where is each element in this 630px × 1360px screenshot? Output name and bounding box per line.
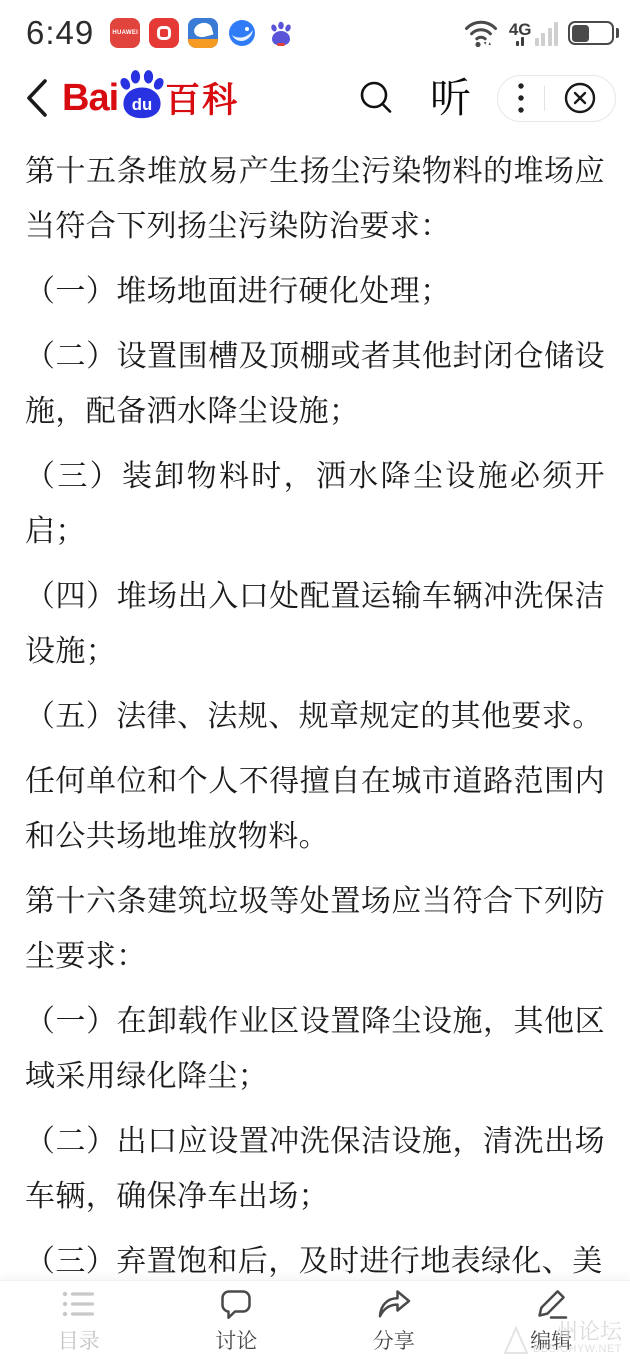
nav-label: 编辑	[530, 1325, 572, 1355]
article-body: 第十五条堆放易产生扬尘污染物料的堆场应当符合下列扬尘污染防治要求： （一）堆场地…	[0, 136, 630, 1289]
search-button[interactable]	[356, 78, 396, 118]
baidu-baike-logo[interactable]: Bai du 百科	[62, 68, 239, 128]
wifi-icon	[463, 17, 499, 49]
battery-icon	[568, 21, 614, 45]
paragraph: （一）堆场地面进行硬化处理；	[25, 264, 605, 319]
baidu-paw-app-icon	[266, 18, 296, 48]
search-icon	[357, 79, 395, 117]
back-chevron-icon	[24, 76, 50, 120]
huawei-label: HUAWEI	[112, 30, 138, 36]
kebab-menu-icon	[516, 81, 526, 115]
nav-item-edit[interactable]: 编辑	[473, 1281, 630, 1360]
paragraph: （一）在卸载作业区设置降尘设施，其他区域采用绿化降尘；	[25, 994, 605, 1104]
paragraph: （四）堆场出入口处配置运输车辆冲洗保洁设施；	[25, 569, 605, 679]
logo-baike-text: 百科	[165, 73, 239, 123]
bottom-nav-bar: 目录 讨论 分享 编辑	[0, 1280, 630, 1360]
toc-icon	[61, 1286, 97, 1322]
clock-time: 6:49	[26, 14, 94, 52]
nav-item-toc[interactable]: 目录	[0, 1281, 158, 1360]
status-indicators: 4G	[463, 17, 614, 49]
pill-divider	[544, 86, 546, 111]
paragraph: 任何单位和个人不得擅自在城市道路范围内和公共场地堆放物料。	[25, 754, 605, 864]
video-app-icon	[149, 18, 179, 48]
comment-icon	[218, 1286, 254, 1322]
listen-button[interactable]: 听	[430, 78, 471, 119]
share-icon	[376, 1286, 412, 1322]
nav-label: 分享	[373, 1325, 415, 1355]
notification-icons: HUAWEI	[110, 18, 296, 48]
network-type-label: 4G	[509, 22, 532, 37]
paragraph: （五）法律、法规、规章规定的其他要求。	[25, 689, 605, 744]
paragraph: （二）设置围槽及顶棚或者其他封闭仓储设施，配备洒水降尘设施；	[25, 329, 605, 439]
close-circle-icon	[563, 81, 597, 115]
edit-pencil-icon	[533, 1286, 569, 1322]
paragraph: 第十六条建筑垃圾等处置场应当符合下列防尘要求：	[25, 874, 605, 984]
browser-app-icon	[227, 18, 257, 48]
nav-label: 讨论	[215, 1325, 257, 1355]
paragraph: （二）出口应设置冲洗保洁设施，清洗出场车辆，确保净车出场；	[25, 1114, 605, 1224]
paragraph: 第十五条堆放易产生扬尘污染物料的堆场应当符合下列扬尘污染防治要求：	[25, 144, 605, 254]
logo-du-text: du	[132, 95, 152, 114]
kebab-menu-button[interactable]	[516, 81, 526, 115]
signal-bars-icon: 4G	[509, 20, 558, 46]
huawei-app-icon: HUAWEI	[110, 18, 140, 48]
status-bar: 6:49 HUAWEI	[0, 0, 630, 60]
nav-item-share[interactable]: 分享	[315, 1281, 473, 1360]
logo-bai-text: Bai	[62, 77, 118, 120]
nav-item-discuss[interactable]: 讨论	[158, 1281, 316, 1360]
nav-label: 目录	[58, 1325, 100, 1355]
app-header: Bai du 百科 听	[0, 60, 630, 136]
close-button[interactable]	[563, 81, 597, 115]
header-menu-capsule	[497, 75, 616, 122]
paragraph: （三）装卸物料时，洒水降尘设施必须开启；	[25, 449, 605, 559]
back-button[interactable]	[22, 75, 52, 121]
baidu-paw-icon: du	[114, 68, 170, 120]
dolphin-app-icon	[188, 18, 218, 48]
